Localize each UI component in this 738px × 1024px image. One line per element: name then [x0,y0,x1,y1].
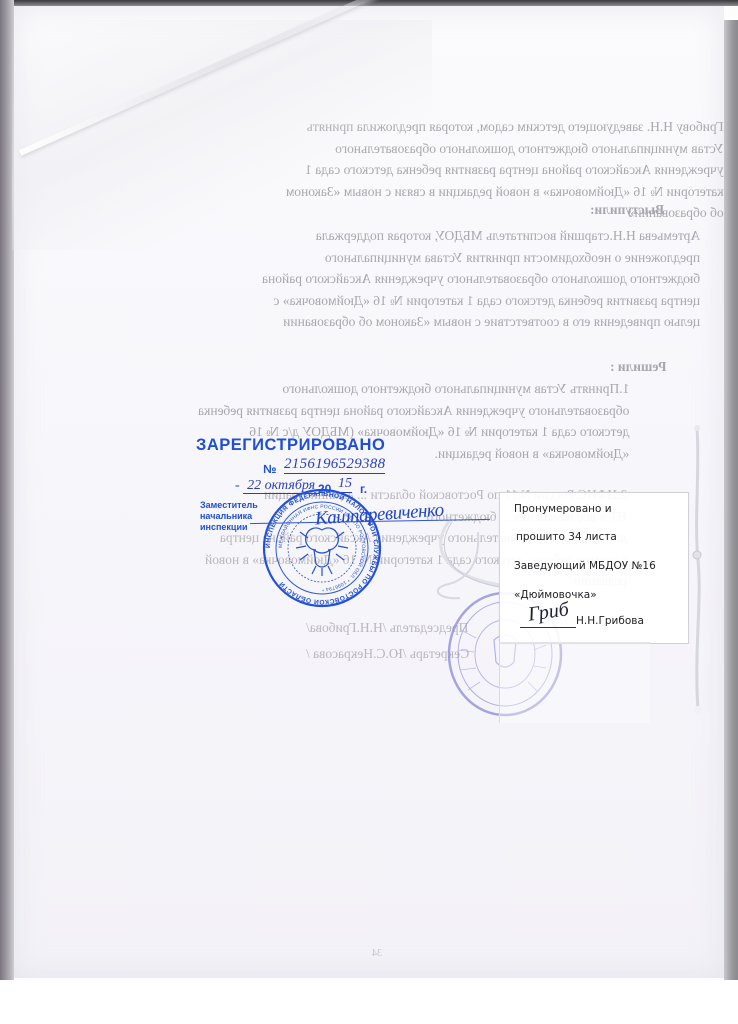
chair-signature-line: Председатель /Н.Н.Грибова/ [306,620,468,635]
binder-right-edge [724,20,738,980]
registration-number-label: № [263,462,276,476]
heading: Выступили: [590,202,664,217]
show-through-chair-line: Председатель /Н.Н.Грибова/ [306,617,468,639]
show-through-heading-decided: Решили : [610,356,666,378]
numbering-certification-label: Пронумеровано и прошито 34 листа Заведую… [499,492,689,644]
scanner-bottom-margin [0,980,738,1024]
label-head-line: Заведующий МБДОУ №16 [514,560,656,572]
label-sheets-line: прошито 34 листа [516,531,617,543]
text-line: Устав муниципального бюджетного дошкольн… [286,138,724,160]
binder-left-edge [0,0,14,980]
text-line: бюджетного дошкольного образовательного … [262,268,700,290]
show-through-heading-spoke: Выступили: [590,199,664,221]
show-through-secretary-line: Секретарь /Ю.С.Некрасова / [306,643,469,665]
show-through-paragraph-2: Артемьева Н.Н.старший воспитатель МБДОУ,… [262,225,700,333]
label-signature-line [520,627,576,628]
label-numbered-line: Пронумеровано и [514,503,612,515]
label-lower-fold [499,642,650,723]
label-signature: Гриб [527,598,571,626]
text-line: центра развития ребенка детского сада 1 … [262,290,700,312]
text-line: Артемьева Н.Н.старший воспитатель МБДОУ,… [262,225,700,247]
registration-stamp-title: ЗАРЕГИСТРИРОВАНО [196,436,385,455]
label-signer-name: Н.Н.Грибова [576,615,644,627]
page-number: 34 [372,948,382,959]
text-line: Грибову Н.Н. заведующего детским садом, … [286,116,724,138]
text-line: предложение о необходимости принятия Уст… [262,247,700,269]
secretary-signature-line: Секретарь /Ю.С.Некрасова / [306,646,469,661]
date-dash: - [235,478,240,493]
text-line: учреждения Аксайского района центра разв… [286,159,724,181]
registration-number-value: 2156196529388 [284,456,385,474]
heading: Решили : [610,359,666,374]
text-line: 1.Принять Устав муниципального бюджетног… [198,378,629,400]
text-line: образовательного учреждения Аксайского р… [198,400,629,422]
text-line: целью приведения его в соответствие с но… [262,311,700,333]
